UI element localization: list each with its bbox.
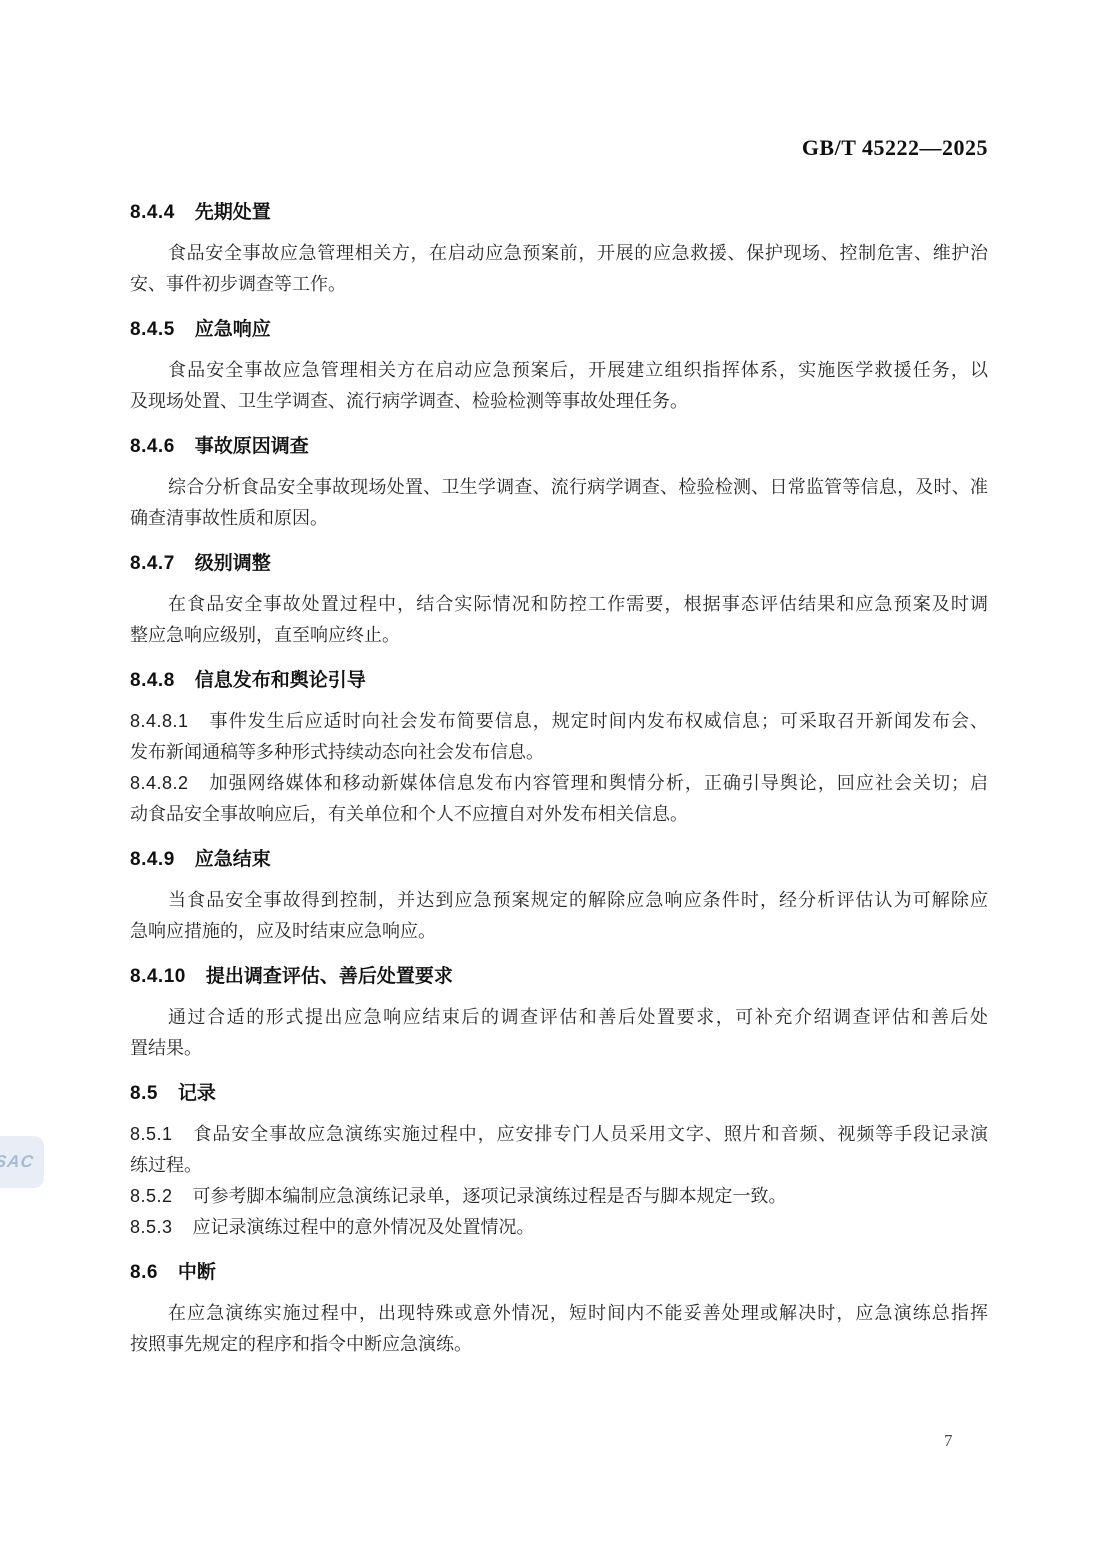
paragraph-line: 置结果。 bbox=[130, 1033, 988, 1064]
clause-heading-title: 中断 bbox=[178, 1262, 216, 1283]
clause-heading-number: 8.5 bbox=[130, 1083, 158, 1104]
clause-heading-title: 先期处置 bbox=[195, 202, 271, 223]
paragraph-line: 安、事件初步调查等工作。 bbox=[130, 269, 988, 300]
clause-heading-title: 事故原因调查 bbox=[195, 436, 309, 457]
clause-heading-title: 级别调整 bbox=[195, 553, 271, 574]
clause-heading-title: 应急响应 bbox=[195, 319, 271, 340]
clause-heading-8-4-4: 8.4.4先期处置 bbox=[130, 197, 988, 228]
paragraph-line: 8.5.3应记录演练过程中的意外情况及处置情况。 bbox=[130, 1212, 988, 1243]
paragraph-text: 可参考脚本编制应急演练记录单，逐项记录演练过程是否与脚本规定一致。 bbox=[193, 1186, 787, 1206]
sub-clause-number: 8.5.2 bbox=[130, 1186, 173, 1206]
paragraph-line: 在食品安全事故处置过程中，结合实际情况和防控工作需要，根据事态评估结果和应急预案… bbox=[130, 589, 988, 620]
paragraph-line: 通过合适的形式提出应急响应结束后的调查评估和善后处置要求，可补充介绍调查评估和善… bbox=[130, 1002, 988, 1033]
sub-clause-number: 8.4.8.2 bbox=[130, 773, 189, 793]
sub-clause-number: 8.5.1 bbox=[130, 1124, 173, 1144]
clause-heading-title: 提出调查评估、善后处置要求 bbox=[206, 966, 453, 987]
numbered-clause-paragraph: 8.5.3应记录演练过程中的意外情况及处置情况。 bbox=[130, 1212, 988, 1243]
numbered-clause-paragraph: 8.4.8.2加强网络媒体和移动新媒体信息发布内容管理和舆情分析，正确引导舆论，… bbox=[130, 768, 988, 830]
paragraph-line: 在应急演练实施过程中，出现特殊或意外情况，短时间内不能妥善处理或解决时，应急演练… bbox=[130, 1298, 988, 1329]
clause-heading-8-4-9: 8.4.9应急结束 bbox=[130, 844, 988, 875]
paragraph-line: 8.4.8.2加强网络媒体和移动新媒体信息发布内容管理和舆情分析，正确引导舆论，… bbox=[130, 768, 988, 799]
page-number: 7 bbox=[944, 1431, 953, 1451]
paragraph: 当食品安全事故得到控制，并达到应急预案规定的解除应急响应条件时，经分析评估认为可… bbox=[130, 885, 988, 947]
paragraph-line: 急响应措施的，应及时结束应急响应。 bbox=[130, 916, 988, 947]
clause-heading-title: 应急结束 bbox=[195, 849, 271, 870]
numbered-clause-paragraph: 8.5.2可参考脚本编制应急演练记录单，逐项记录演练过程是否与脚本规定一致。 bbox=[130, 1181, 988, 1212]
clause-heading-8-6: 8.6中断 bbox=[130, 1257, 988, 1288]
page-body: 8.4.4先期处置 食品安全事故应急管理相关方，在启动应急预案前，开展的应急救援… bbox=[130, 197, 988, 1360]
paragraph-text: 事件发生后应适时向社会发布简要信息，规定时间内发布权威信息；可采取召开新闻发布会… bbox=[209, 711, 988, 731]
paragraph: 通过合适的形式提出应急响应结束后的调查评估和善后处置要求，可补充介绍调查评估和善… bbox=[130, 1002, 988, 1064]
paragraph-line: 发布新闻通稿等多种形式持续动态向社会发布信息。 bbox=[130, 737, 988, 768]
paragraph-line: 食品安全事故应急管理相关方在启动应急预案后，开展建立组织指挥体系，实施医学救援任… bbox=[130, 355, 988, 386]
paragraph-line: 当食品安全事故得到控制，并达到应急预案规定的解除应急响应条件时，经分析评估认为可… bbox=[130, 885, 988, 916]
paragraph: 食品安全事故应急管理相关方，在启动应急预案前，开展的应急救援、保护现场、控制危害… bbox=[130, 238, 988, 300]
standard-number-header: GB/T 45222—2025 bbox=[0, 135, 988, 161]
clause-heading-number: 8.4.7 bbox=[130, 553, 175, 574]
clause-heading-number: 8.4.9 bbox=[130, 849, 175, 870]
clause-heading-number: 8.4.8 bbox=[130, 670, 175, 691]
paragraph-line: 8.5.2可参考脚本编制应急演练记录单，逐项记录演练过程是否与脚本规定一致。 bbox=[130, 1181, 988, 1212]
numbered-clause-paragraph: 8.4.8.1事件发生后应适时向社会发布简要信息，规定时间内发布权威信息；可采取… bbox=[130, 706, 988, 768]
clause-heading-8-5: 8.5记录 bbox=[130, 1078, 988, 1109]
clause-heading-title: 信息发布和舆论引导 bbox=[195, 670, 366, 691]
paragraph: 综合分析食品安全事故现场处置、卫生学调查、流行病学调查、检验检测、日常监管等信息… bbox=[130, 472, 988, 534]
clause-heading-8-4-8: 8.4.8信息发布和舆论引导 bbox=[130, 665, 988, 696]
paragraph: 食品安全事故应急管理相关方在启动应急预案后，开展建立组织指挥体系，实施医学救援任… bbox=[130, 355, 988, 417]
clause-heading-number: 8.6 bbox=[130, 1262, 158, 1283]
paragraph-line: 综合分析食品安全事故现场处置、卫生学调查、流行病学调查、检验检测、日常监管等信息… bbox=[130, 472, 988, 503]
paragraph-line: 整应急响应级别，直至响应终止。 bbox=[130, 620, 988, 651]
clause-heading-8-4-7: 8.4.7级别调整 bbox=[130, 548, 988, 579]
paragraph: 在应急演练实施过程中，出现特殊或意外情况，短时间内不能妥善处理或解决时，应急演练… bbox=[130, 1298, 988, 1360]
paragraph-line: 8.4.8.1事件发生后应适时向社会发布简要信息，规定时间内发布权威信息；可采取… bbox=[130, 706, 988, 737]
paragraph-line: 8.5.1食品安全事故应急演练实施过程中，应安排专门人员采用文字、照片和音频、视… bbox=[130, 1119, 988, 1150]
clause-heading-number: 8.4.10 bbox=[130, 966, 186, 987]
sac-watermark-text: SAC bbox=[0, 1152, 35, 1172]
numbered-clause-paragraph: 8.5.1食品安全事故应急演练实施过程中，应安排专门人员采用文字、照片和音频、视… bbox=[130, 1119, 988, 1181]
clause-heading-title: 记录 bbox=[178, 1083, 216, 1104]
clause-heading-number: 8.4.4 bbox=[130, 202, 175, 223]
paragraph-line: 练过程。 bbox=[130, 1150, 988, 1181]
sac-watermark-logo: SAC bbox=[0, 1136, 44, 1188]
paragraph: 在食品安全事故处置过程中，结合实际情况和防控工作需要，根据事态评估结果和应急预案… bbox=[130, 589, 988, 651]
clause-heading-8-4-5: 8.4.5应急响应 bbox=[130, 314, 988, 345]
paragraph-line: 按照事先规定的程序和指令中断应急演练。 bbox=[130, 1329, 988, 1360]
paragraph-text: 应记录演练过程中的意外情况及处置情况。 bbox=[193, 1217, 535, 1237]
clause-heading-number: 8.4.5 bbox=[130, 319, 175, 340]
clause-heading-number: 8.4.6 bbox=[130, 436, 175, 457]
sub-clause-number: 8.4.8.1 bbox=[130, 711, 189, 731]
sub-clause-number: 8.5.3 bbox=[130, 1217, 173, 1237]
paragraph-line: 确查清事故性质和原因。 bbox=[130, 503, 988, 534]
clause-heading-8-4-6: 8.4.6事故原因调查 bbox=[130, 431, 988, 462]
paragraph-line: 动食品安全事故响应后，有关单位和个人不应擅自对外发布相关信息。 bbox=[130, 799, 988, 830]
paragraph-line: 食品安全事故应急管理相关方，在启动应急预案前，开展的应急救援、保护现场、控制危害… bbox=[130, 238, 988, 269]
clause-heading-8-4-10: 8.4.10提出调查评估、善后处置要求 bbox=[130, 961, 988, 992]
paragraph-line: 及现场处置、卫生学调查、流行病学调查、检验检测等事故处理任务。 bbox=[130, 386, 988, 417]
paragraph-text: 食品安全事故应急演练实施过程中，应安排专门人员采用文字、照片和音频、视频等手段记… bbox=[193, 1124, 988, 1144]
paragraph-text: 加强网络媒体和移动新媒体信息发布内容管理和舆情分析，正确引导舆论，回应社会关切；… bbox=[209, 773, 988, 793]
